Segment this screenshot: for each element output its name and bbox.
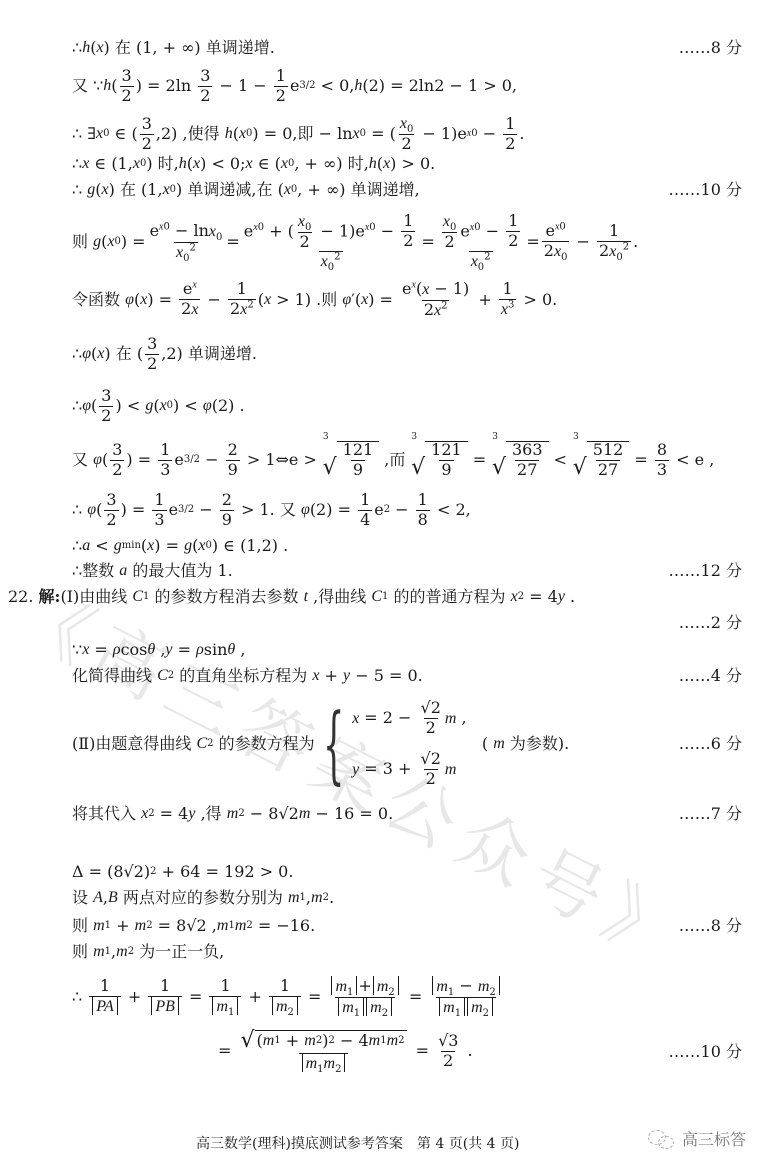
score-2: ……2 分 — [679, 613, 742, 633]
line-16: 化简得曲线 C2 的直角坐标方程为 x + y − 5 = 0. — [72, 666, 423, 686]
line-15: ∵x = ρcosθ ,y = ρsinθ , — [72, 640, 245, 660]
line-17: (Ⅱ)由题意得曲线 C2 的参数方程为 { x = 2 − √22m , y =… — [72, 692, 569, 796]
wechat-icon — [646, 1128, 676, 1150]
score-8: ……8 分 — [679, 38, 742, 58]
line-2: 又 ∵h(32) = 2ln 32 − 1 − 12e3/2 < 0,h(2) … — [72, 64, 517, 108]
line-22: 则 m1,m2 为一正一负, — [72, 942, 224, 962]
score-6: ……6 分 — [679, 734, 742, 754]
line-19: Δ = (8√2)2 + 64 = 192 > 0. — [72, 862, 293, 882]
line-8: ∴φ(x) 在 (32,2) 单调递增. — [72, 332, 257, 376]
line-4: ∴x ∈ (1,x0) 时,h(x) < 0;x ∈ (x0, + ∞) 时,h… — [72, 154, 435, 174]
wechat-account-name: 高三标答 — [682, 1127, 746, 1150]
score-8b: ……8 分 — [679, 916, 742, 936]
score-10b: ……10 分 — [669, 1042, 742, 1062]
line-3: ∴ ∃x0 ∈ (32,2) ,使得 h(x0) = 0,即 − lnx0 = … — [72, 112, 524, 156]
line-9: ∴φ(32) < g(x0) < φ(2) . — [72, 384, 245, 428]
line-20: 设 A,B 两点对应的参数分别为 m1,m2. — [72, 888, 334, 908]
line-11: ∴ φ(32) = 13e3/2 − 29 > 1. 又 φ(2) = 14e2… — [72, 488, 471, 532]
line-21: 则 m1 + m2 = 8√2 ,m1m2 = −16. — [72, 916, 315, 936]
line-24: = √(m1 + m2)2 − 4m1m2m1m2 = √32 . — [218, 1026, 473, 1076]
line-5: ∴ g(x) 在 (1,x0) 单调递减,在 (x0, + ∞) 单调递增, — [72, 180, 420, 200]
line-12: ∴a < gmin(x) = g(x0) ∈ (1,2) . — [72, 536, 288, 556]
brace-icon: { — [323, 702, 344, 786]
line-18: 将其代入 x2 = 4y ,得 m2 − 8√2m − 16 = 0. — [72, 804, 393, 824]
score-7: ……7 分 — [679, 804, 742, 824]
line-6: 则 g(x0) = ex0 − lnx0x02= ex0 + (x02 − 1)… — [72, 210, 638, 274]
score-4: ……4 分 — [679, 666, 742, 686]
score-12: ……12 分 — [669, 561, 742, 581]
line-7: 令函数 φ(x) = ex2x − 12x2(x > 1) .则 φ′(x) =… — [72, 278, 557, 322]
q22-heading: 22. 解:(Ⅰ)由曲线 C1 的参数方程消去参数 t ,得曲线 C1 的的普通… — [8, 587, 575, 607]
line-10: 又 φ(32) = 13e3/2 − 29 > 1⇔e > 3√1219 ,而 … — [72, 436, 714, 484]
page-footer: 高三数学(理科)摸底测试参考答案 第 4 页(共 4 页) — [196, 1133, 519, 1153]
score-10: ……10 分 — [669, 180, 742, 200]
wechat-badge: 高三标答 — [646, 1127, 746, 1150]
line-1: ∴h(x) 在 (1, + ∞) 单调递增. — [72, 38, 275, 58]
line-13: ∴整数 a 的最大值为 1. — [72, 561, 233, 581]
line-23: ∴ 1PA + 1PB = 1m1 + 1m2 = m1+m2m1m2 = m1… — [72, 972, 505, 1022]
